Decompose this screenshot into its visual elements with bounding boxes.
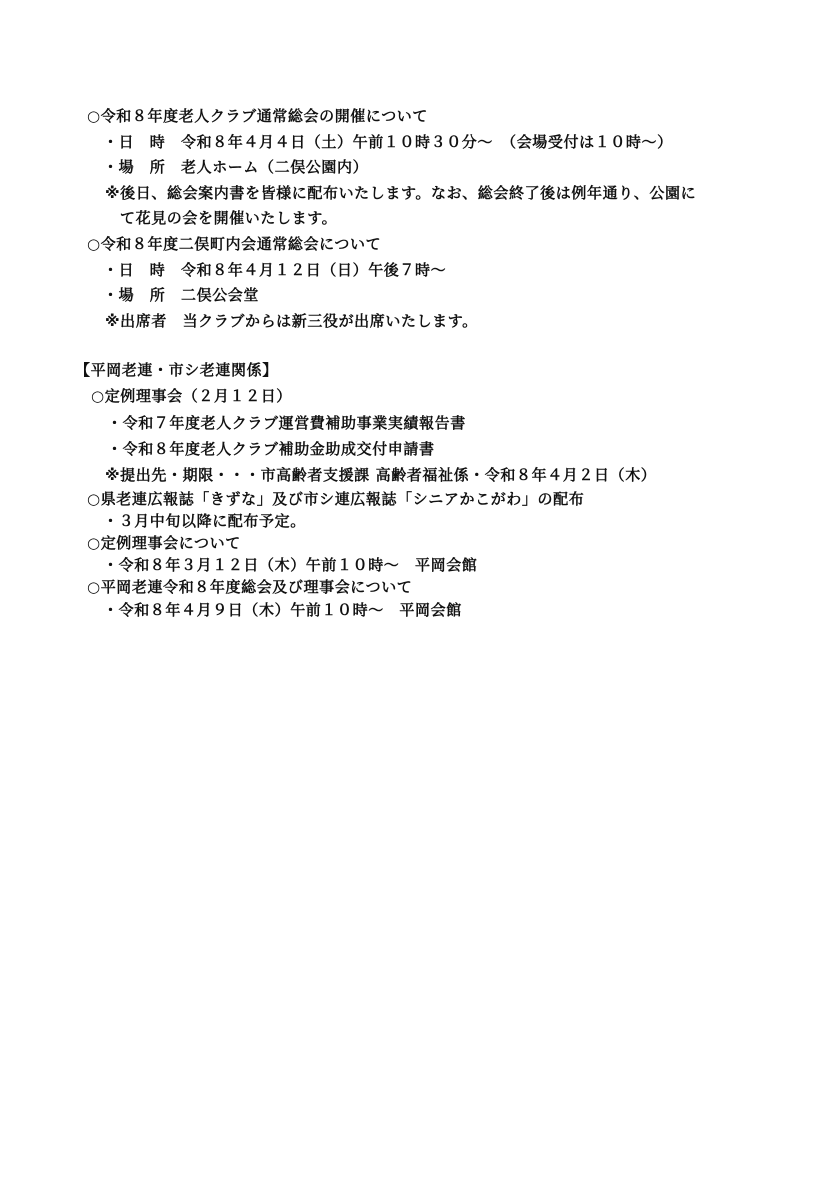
text-line: ・令和８年３月１２日（木）午前１０時～ 平岡会館	[103, 556, 477, 574]
text-line: ・令和８年度老人クラブ補助金助成交付申請書	[107, 440, 435, 458]
text-line: ・場 所 二俣公会堂	[103, 286, 259, 304]
text-line: ・場 所 老人ホーム（二俣公園内）	[103, 158, 368, 176]
text-line: ○定例理事会について	[87, 534, 241, 552]
text-line: ・令和８年４月９日（木）午前１０時～ 平岡会館	[103, 601, 462, 619]
text-line: て花見の会を開催いたします。	[120, 209, 337, 227]
text-line: ○定例理事会（２月１２日）	[91, 387, 292, 405]
text-line: ○令和８年度老人クラブ通常総会の開催について	[87, 107, 428, 125]
text-line: ○県老連広報誌「きずな」及び市シ連広報誌「シニアかこがわ」の配布	[87, 490, 584, 508]
text-line: ・令和７年度老人クラブ運営費補助事業実績報告書	[107, 414, 466, 432]
section-heading: 【平岡老連・市シ老連関係】	[75, 361, 278, 379]
text-line: ○平岡老連令和８年度総会及び理事会について	[87, 578, 412, 596]
text-line: ※出席者 当クラブからは新三役が出席いたします。	[105, 312, 478, 330]
text-line: ・日 時 令和８年４月１２日（日）午後７時～	[103, 261, 446, 279]
text-line: ※提出先・期限・・・市高齢者支援課 高齢者福祉係・令和８年４月２日（木）	[105, 466, 656, 484]
text-line: ・３月中旬以降に配布予定。	[103, 512, 306, 530]
text-line: ※後日、総会案内書を皆様に配布いたします。なお、総会終了後は例年通り、公園に	[105, 184, 696, 202]
text-line: ○令和８年度二俣町内会通常総会について	[87, 235, 381, 253]
text-line: ・日 時 令和８年４月４日（土）午前１０時３０分～ （会場受付は１０時～）	[103, 133, 673, 151]
